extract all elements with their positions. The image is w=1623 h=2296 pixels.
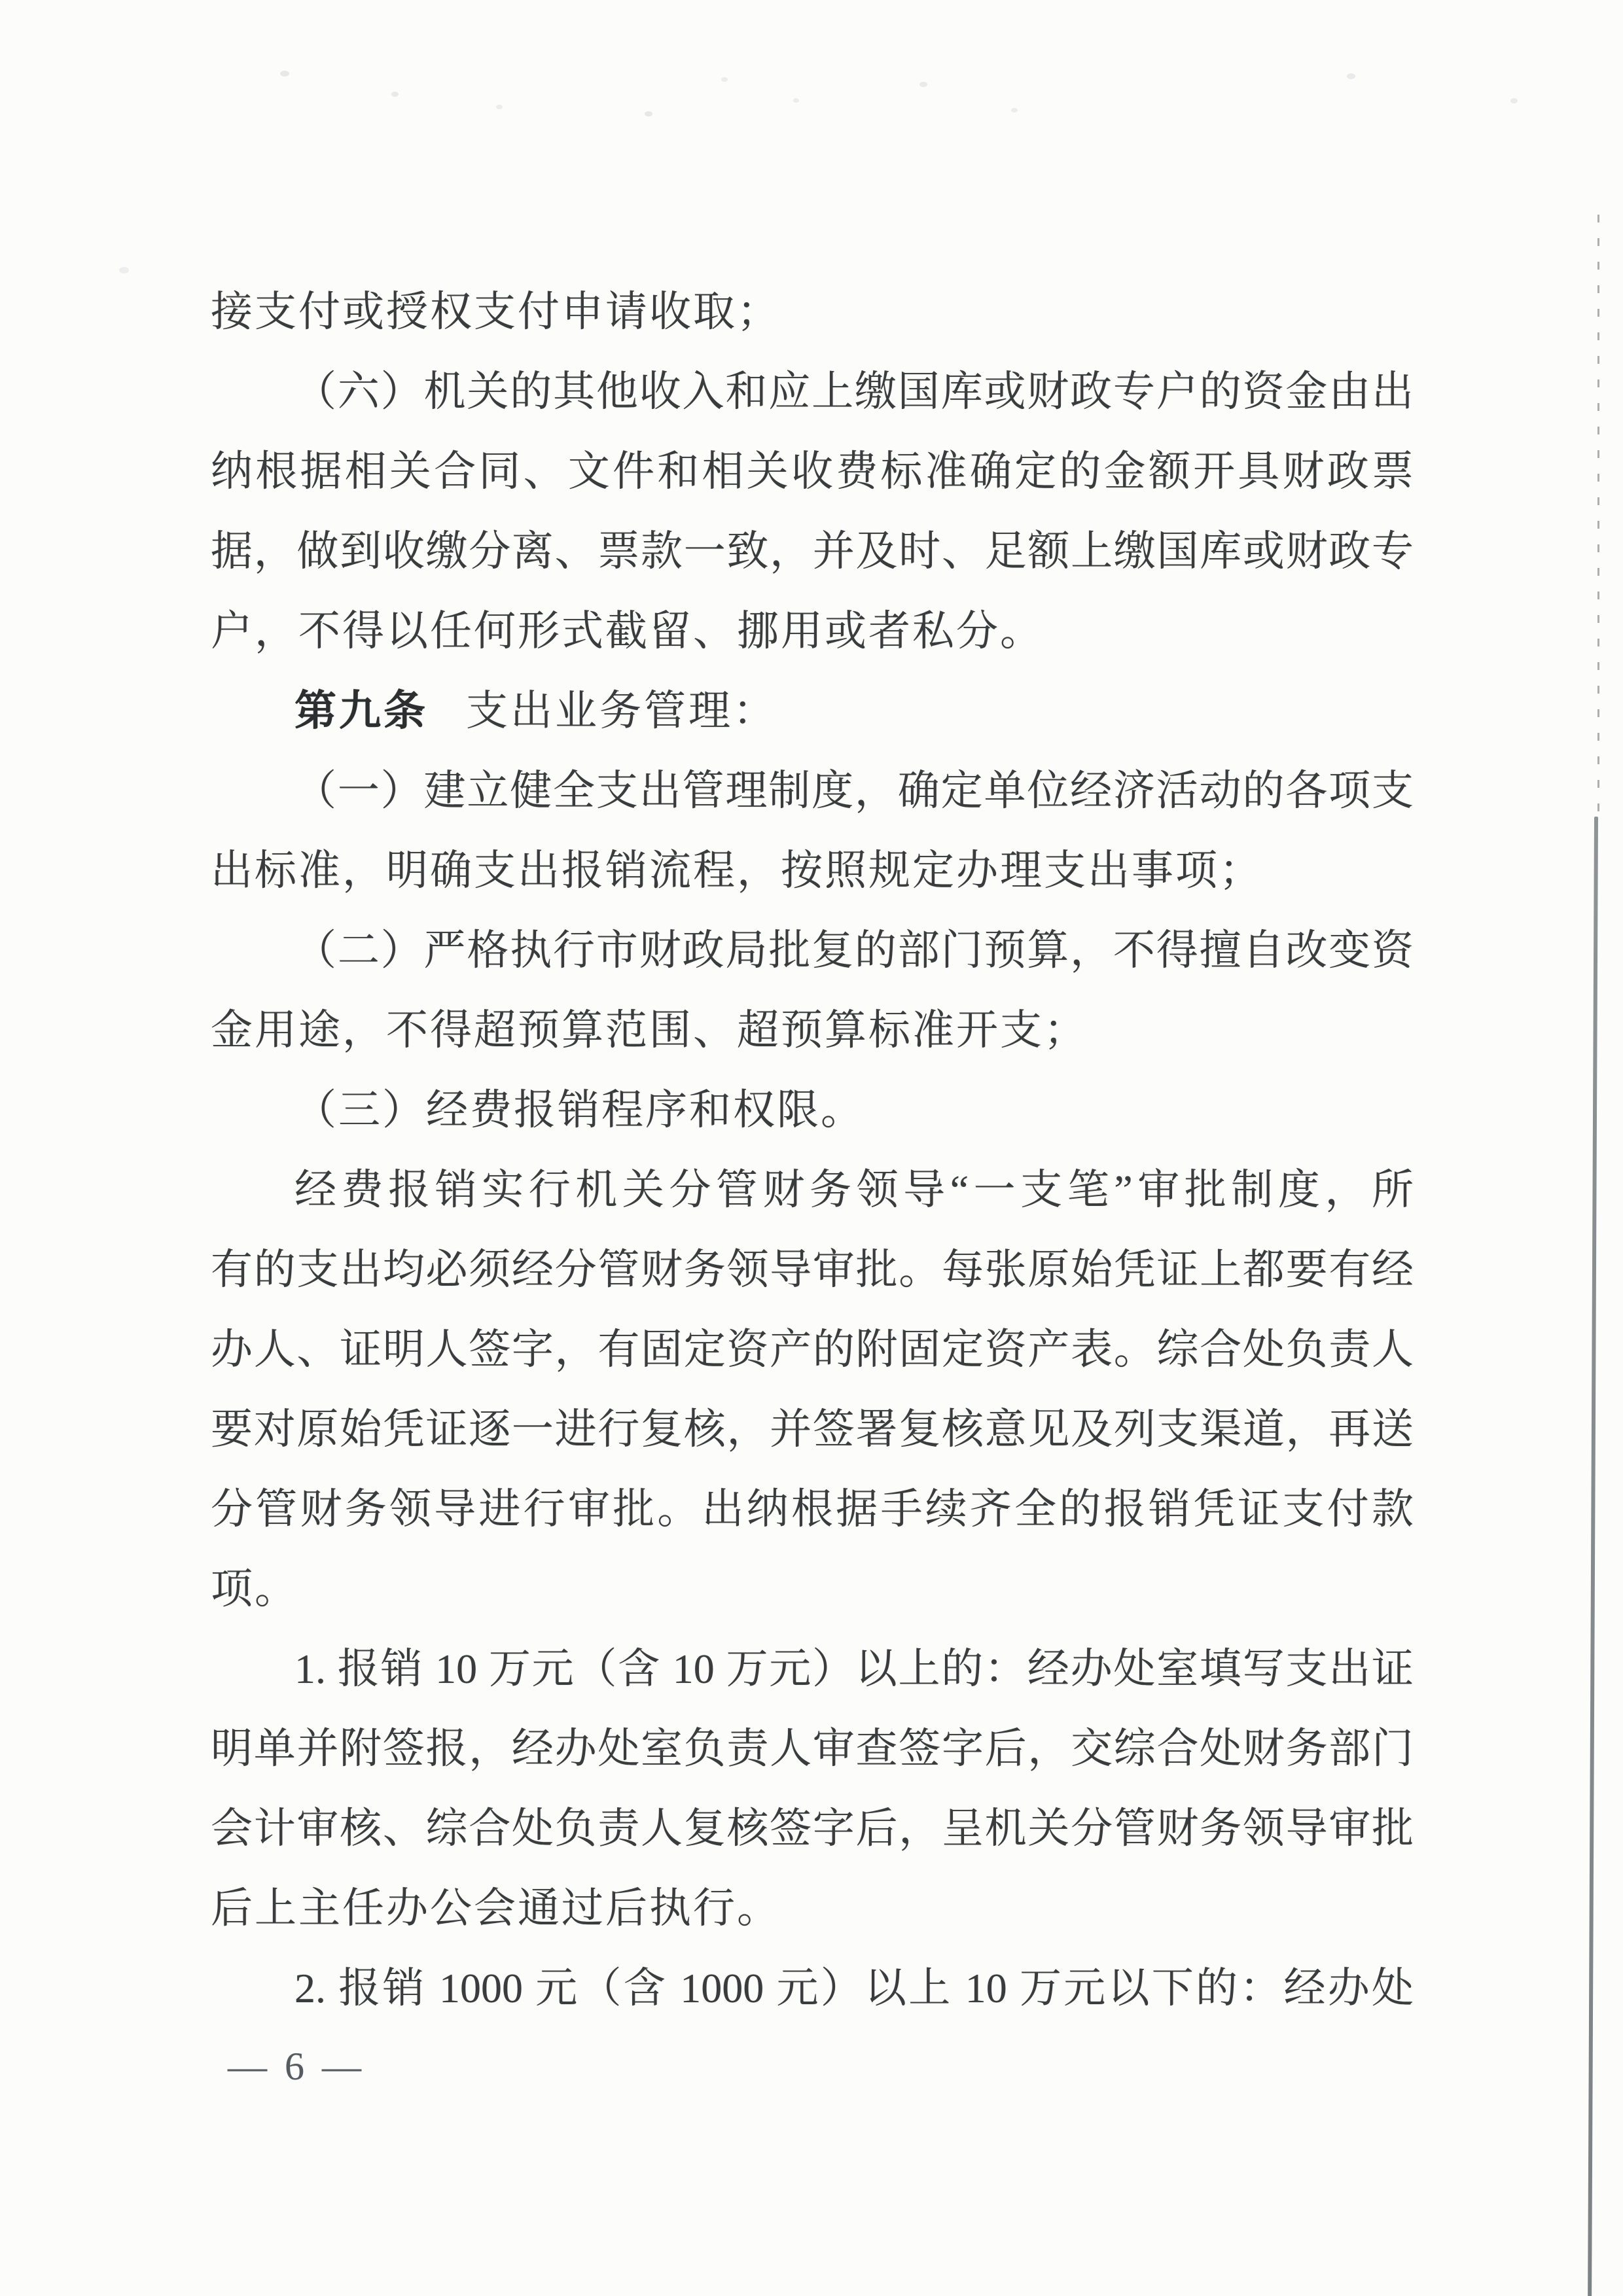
text-line: （二）严格执行市财政局批复的部门预算，不得擅自改变资 (211, 911, 1414, 991)
article-number: 第九条 (294, 688, 428, 734)
text-line: 户，不得以任何形式截留、挪用或者私分。 (211, 592, 1414, 671)
text-line: 据，做到收缴分离、票款一致，并及时、足额上缴国库或财政专 (211, 512, 1414, 592)
page-number: — 6 — (228, 2040, 365, 2093)
scan-edge-line-dashed (1597, 215, 1599, 820)
scan-speck (119, 267, 129, 274)
text-line: 明单并附签报，经办处室负责人审查签字后，交综合处财务部门 (211, 1709, 1414, 1789)
scan-speck (1347, 73, 1355, 79)
scan-speck (1011, 108, 1018, 113)
text-line: （一）建立健全支出管理制度，确定单位经济活动的各项支 (211, 751, 1414, 831)
text-line: 经费报销实行机关分管财务领导“一支笔”审批制度，所 (211, 1150, 1414, 1230)
scan-speck (721, 77, 728, 82)
text-line: 金用途，不得超预算范围、超预算标准开支； (211, 991, 1414, 1070)
text-line: 2. 报销 1000 元（含 1000 元）以上 10 万元以下的：经办处 (211, 1949, 1414, 2028)
text-line: 后上主任办公会通过后执行。 (211, 1869, 1414, 1949)
article-9-heading: 第九条支出业务管理： (211, 671, 1414, 751)
scan-speck (496, 105, 503, 109)
scan-speck (645, 111, 652, 116)
scan-speck (919, 82, 927, 87)
scanned-document-page: 接支付或授权支付申请收取； （六）机关的其他收入和应上缴国库或财政专户的资金由出… (0, 0, 1623, 2296)
text-line: 1. 报销 10 万元（含 10 万元）以上的：经办处室填写支出证 (211, 1629, 1414, 1709)
text-line: 有的支出均必须经分管财务领导审批。每张原始凭证上都要有经 (211, 1230, 1414, 1310)
text-line: 办人、证明人签字，有固定资产的附固定资产表。综合处负责人 (211, 1310, 1414, 1390)
scan-speck (280, 71, 289, 77)
scan-edge-line-solid (1588, 817, 1598, 2296)
text-line: 接支付或授权支付申请收取； (211, 272, 1414, 352)
text-line: 分管财务领导进行审批。出纳根据手续齐全的报销凭证支付款 (211, 1470, 1414, 1549)
text-line: 会计审核、综合处负责人复核签字后，呈机关分管财务领导审批 (211, 1789, 1414, 1869)
scan-speck (391, 92, 399, 97)
text-line: （三）经费报销程序和权限。 (211, 1070, 1414, 1150)
scan-speck (1510, 98, 1518, 103)
text-line: 纳根据相关合同、文件和相关收费标准确定的金额开具财政票 (211, 432, 1414, 512)
scan-speck (793, 98, 799, 103)
text-line: 要对原始凭证逐一进行复核，并签署复核意见及列支渠道，再送 (211, 1390, 1414, 1470)
text-line: （六）机关的其他收入和应上缴国库或财政专户的资金由出 (211, 352, 1414, 432)
text-line: 项。 (211, 1549, 1414, 1629)
article-title: 支出业务管理： (466, 688, 777, 734)
text-line: 出标准，明确支出报销流程，按照规定办理支出事项； (211, 831, 1414, 911)
